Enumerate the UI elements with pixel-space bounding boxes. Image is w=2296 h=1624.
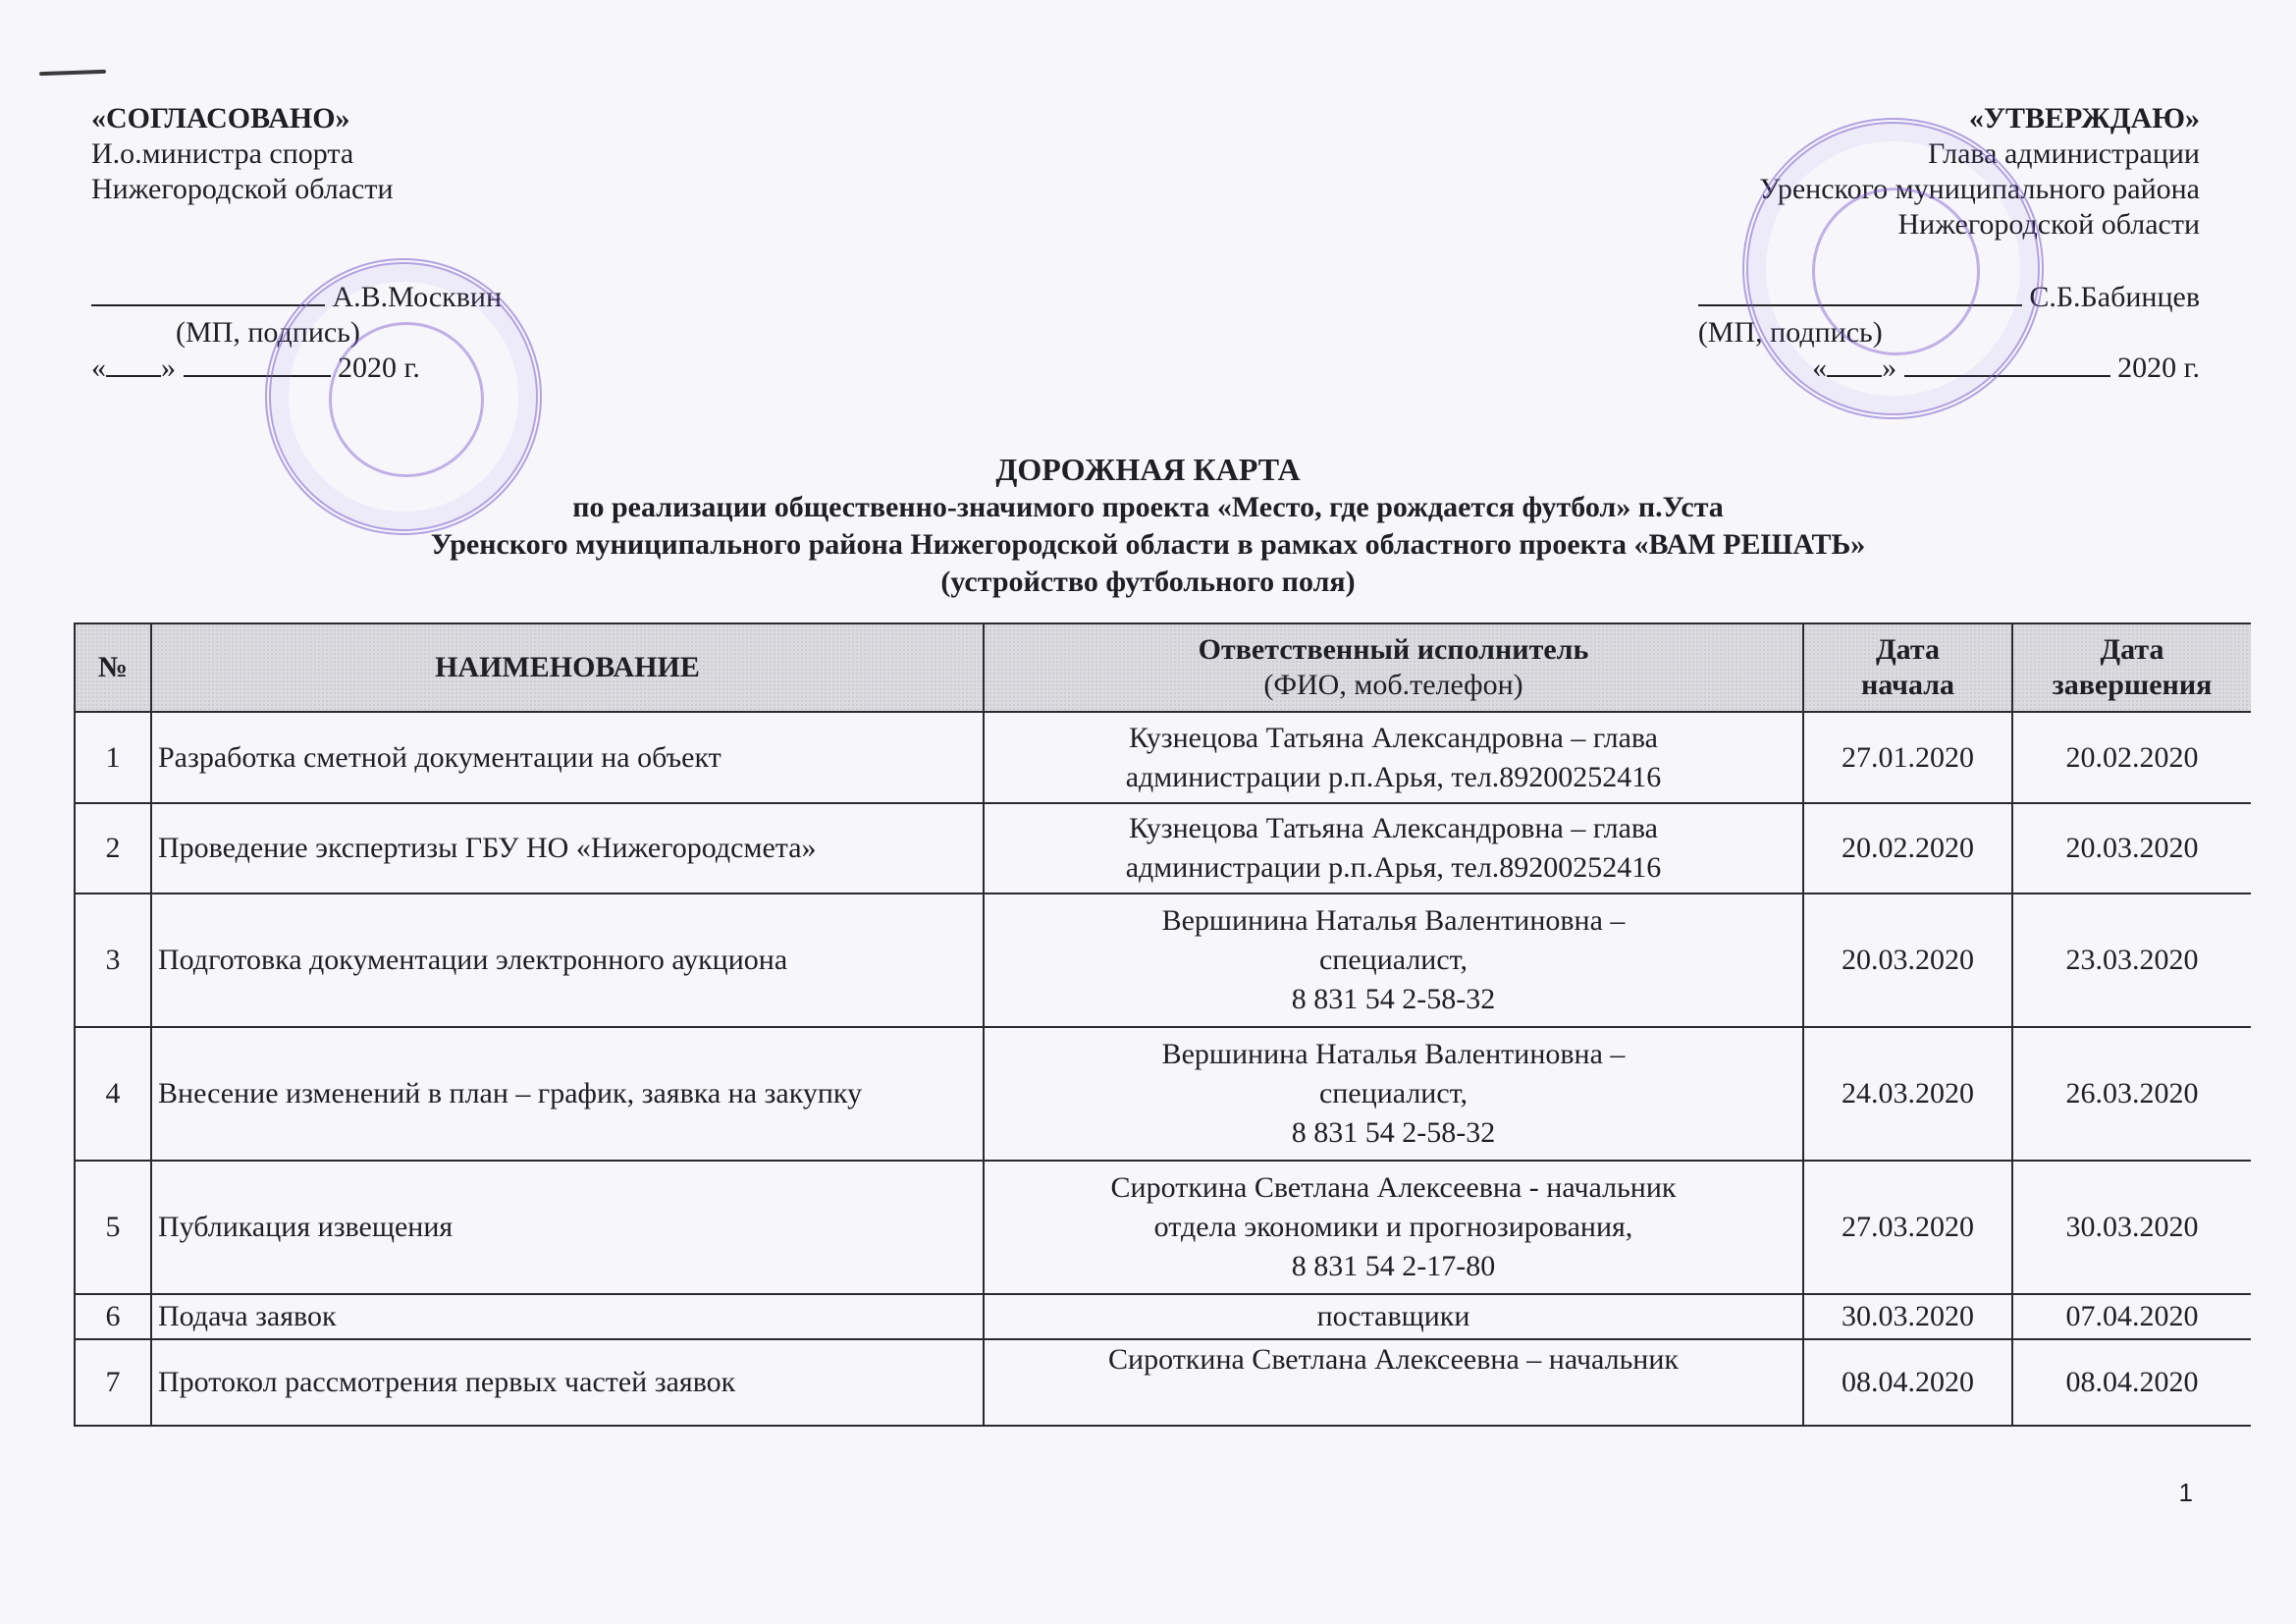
table-bottom-rule [2110,1425,2250,1427]
start-date: 20.02.2020 [1803,803,2012,893]
start-date: 27.03.2020 [1803,1161,2012,1294]
task-name: Подготовка документации электронного аук… [151,893,984,1027]
approval-line: И.о.министра спорта [91,136,502,172]
start-date: 27.01.2020 [1803,712,2012,803]
column-header-name: НАИМЕНОВАНИЕ [151,623,984,712]
signature-line [91,304,325,306]
task-name: Публикация извещения [151,1161,984,1294]
table-row: 2Проведение экспертизы ГБУ НО «Нижегород… [75,803,2251,893]
responsible-person: поставщики [984,1294,1803,1339]
scan-artifact-mark [39,70,106,76]
document-title: ДОРОЖНАЯ КАРТА по реализации общественно… [0,450,2296,601]
table-header-row: № НАИМЕНОВАНИЕ Ответственный исполнитель… [75,623,2251,712]
responsible-person: Кузнецова Татьяна Александровна – главаа… [984,803,1803,893]
responsible-line: Вершинина Наталья Валентиновна – [990,901,1796,941]
table-row: 5Публикация извещенияСироткина Светлана … [75,1161,2251,1294]
responsible-person: Вершинина Наталья Валентиновна –специали… [984,1027,1803,1161]
task-name: Подача заявок [151,1294,984,1339]
signer-name: С.Б.Бабинцев [2029,281,2200,313]
task-name: Разработка сметной документации на объек… [151,712,984,803]
end-date: 23.03.2020 [2012,893,2251,1027]
responsible-line: администрации р.п.Арья, тел.89200252416 [990,848,1796,888]
responsible-line: Кузнецова Татьяна Александровна – глава [990,719,1796,758]
title-subtitle: Уренского муниципального района Нижегоро… [0,526,2296,564]
title-subtitle: (устройство футбольного поля) [0,564,2296,601]
column-header-end-date: Дата завершения [2012,623,2251,712]
row-number: 3 [75,893,151,1027]
date-year: 2020 г. [2117,352,2200,384]
end-date: 30.03.2020 [2012,1161,2251,1294]
responsible-line: 8 831 54 2-58-32 [990,980,1796,1019]
row-number: 6 [75,1294,151,1339]
end-date: 26.03.2020 [2012,1027,2251,1161]
task-name: Проведение экспертизы ГБУ НО «Нижегородс… [151,803,984,893]
responsible-line: поставщики [990,1297,1796,1336]
responsible-line: 8 831 54 2-58-32 [990,1113,1796,1153]
responsible-person: Кузнецова Татьяна Александровна – главаа… [984,712,1803,803]
approval-line: Нижегородской области [91,172,502,207]
responsible-person: Сироткина Светлана Алексеевна – начальни… [984,1339,1803,1426]
responsible-line: отдела экономики и прогнозирования, [990,1208,1796,1247]
table-row: 3Подготовка документации электронного ау… [75,893,2251,1027]
responsible-line: Сироткина Светлана Алексеевна - начальни… [990,1168,1796,1208]
row-number: 5 [75,1161,151,1294]
row-number: 2 [75,803,151,893]
responsible-person: Сироткина Светлана Алексеевна - начальни… [984,1161,1803,1294]
table-row: 7Протокол рассмотрения первых частей зая… [75,1339,2251,1426]
approval-heading: «СОГЛАСОВАНО» [91,101,502,136]
row-number: 4 [75,1027,151,1161]
roadmap-table: № НАИМЕНОВАНИЕ Ответственный исполнитель… [74,623,2251,1427]
responsible-line: специалист, [990,1074,1796,1113]
table-row: 4Внесение изменений в план – график, зая… [75,1027,2251,1161]
responsible-line: администрации р.п.Арья, тел.89200252416 [990,758,1796,797]
start-date: 24.03.2020 [1803,1027,2012,1161]
end-date: 20.03.2020 [2012,803,2251,893]
responsible-line: Кузнецова Татьяна Александровна – глава [990,809,1796,848]
official-seal-stamp [1742,118,2044,419]
start-date: 08.04.2020 [1803,1339,2012,1426]
table-row: 1Разработка сметной документации на объе… [75,712,2251,803]
responsible-line: Вершинина Наталья Валентиновна – [990,1035,1796,1074]
column-header-start-date: Дата начала [1803,623,2012,712]
page-number: 1 [2179,1478,2193,1508]
end-date: 20.02.2020 [2012,712,2251,803]
start-date: 30.03.2020 [1803,1294,2012,1339]
row-number: 1 [75,712,151,803]
table-row: 6Подача заявокпоставщики30.03.202007.04.… [75,1294,2251,1339]
responsible-line: специалист, [990,941,1796,980]
responsible-person: Вершинина Наталья Валентиновна –специали… [984,893,1803,1027]
end-date: 08.04.2020 [2012,1339,2251,1426]
row-number: 7 [75,1339,151,1426]
column-header-responsible: Ответственный исполнитель (ФИО, моб.теле… [984,623,1803,712]
task-name: Внесение изменений в план – график, заяв… [151,1027,984,1161]
title-main: ДОРОЖНАЯ КАРТА [0,450,2296,489]
task-name: Протокол рассмотрения первых частей заяв… [151,1339,984,1426]
responsible-line: 8 831 54 2-17-80 [990,1247,1796,1286]
column-header-number: № [75,623,151,712]
end-date: 07.04.2020 [2012,1294,2251,1339]
start-date: 20.03.2020 [1803,893,2012,1027]
title-subtitle: по реализации общественно-значимого прое… [0,489,2296,526]
responsible-line: Сироткина Светлана Алексеевна – начальни… [990,1340,1796,1380]
